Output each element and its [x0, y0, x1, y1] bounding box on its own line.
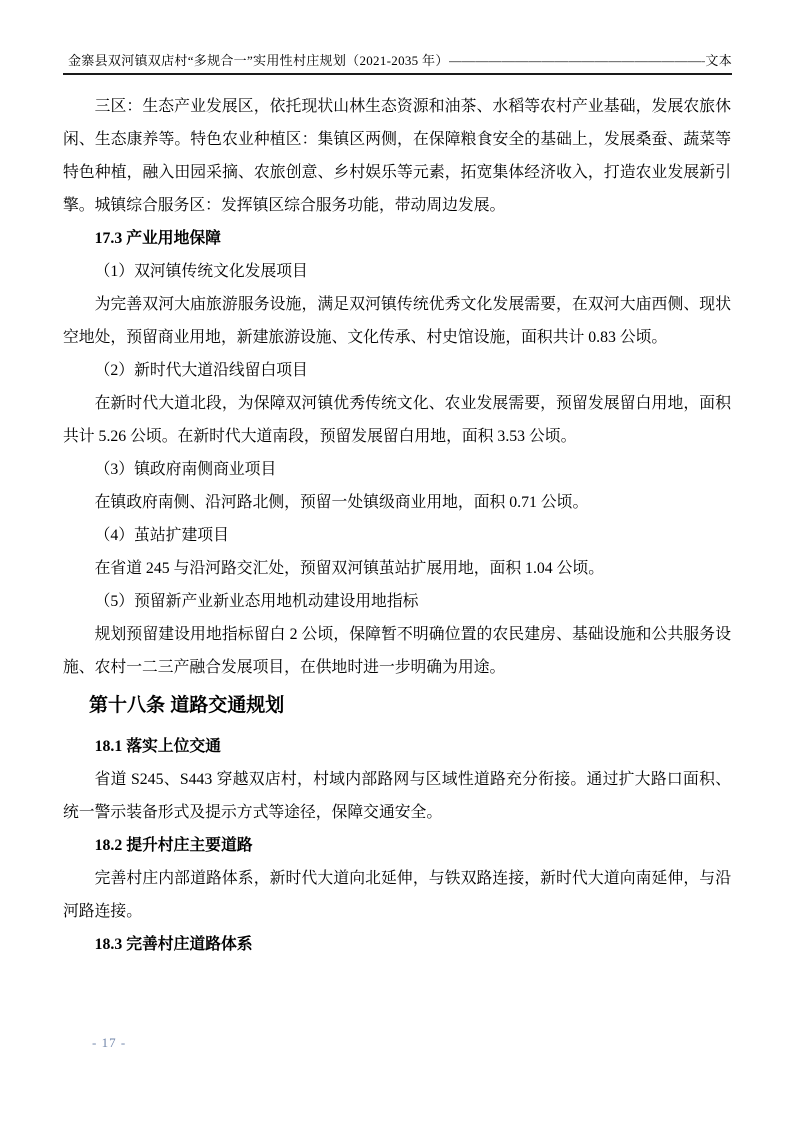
paragraph-18-1: 省道 S245、S443 穿越双店村，村域内部路网与区域性道路充分衔接。通过扩大…	[63, 763, 731, 829]
paragraph-three-districts: 三区：生态产业发展区，依托现状山林生态资源和油茶、水稻等农村产业基础，发展农旅休…	[63, 90, 731, 222]
page-header: 金寨县双河镇双店村“多规合一”实用性村庄规划（2021-2035 年） ————…	[63, 50, 732, 75]
paragraph-item-5: 规划预留建设用地指标留白 2 公顷，保障暂不明确位置的农民建房、基础设施和公共服…	[63, 618, 731, 684]
page-number: - 17 -	[92, 1035, 126, 1051]
chapter-heading-article-18: 第十八条 道路交通规划	[89, 688, 731, 724]
section-heading-17-3: 17.3 产业用地保障	[63, 222, 731, 255]
paragraph-18-2: 完善村庄内部道路体系，新时代大道向北延伸，与铁双路连接，新时代大道向南延伸，与沿…	[63, 862, 731, 928]
section-heading-18-1: 18.1 落实上位交通	[63, 730, 731, 763]
paragraph-item-4: 在省道 245 与沿河路交汇处，预留双河镇茧站扩展用地，面积 1.04 公顷。	[63, 552, 731, 585]
document-page: 金寨县双河镇双店村“多规合一”实用性村庄规划（2021-2035 年） ————…	[0, 0, 794, 1122]
paragraph-item-2: 在新时代大道北段，为保障双河镇优秀传统文化、农业发展需要，预留发展留白用地，面积…	[63, 387, 731, 453]
item-heading-5: （5）预留新产业新业态用地机动建设用地指标	[63, 585, 731, 618]
header-title: 金寨县双河镇双店村“多规合一”实用性村庄规划（2021-2035 年）	[68, 50, 449, 69]
paragraph-item-3: 在镇政府南侧、沿河路北侧，预留一处镇级商业用地，面积 0.71 公顷。	[63, 486, 731, 519]
item-heading-2: （2）新时代大道沿线留白项目	[63, 354, 731, 387]
document-body: 三区：生态产业发展区，依托现状山林生态资源和油茶、水稻等农村产业基础，发展农旅休…	[63, 90, 731, 961]
item-heading-3: （3）镇政府南侧商业项目	[63, 453, 731, 486]
paragraph-item-1: 为完善双河大庙旅游服务设施，满足双河镇传统优秀文化发展需要，在双河大庙西侧、现状…	[63, 288, 731, 354]
section-heading-18-2: 18.2 提升村庄主要道路	[63, 829, 731, 862]
section-heading-18-3: 18.3 完善村庄道路体系	[63, 928, 731, 961]
header-right-label: 文本	[705, 50, 732, 69]
item-heading-4: （4）茧站扩建项目	[63, 519, 731, 552]
header-dash-line: ———————————————————————	[449, 53, 706, 69]
item-heading-1: （1）双河镇传统文化发展项目	[63, 255, 731, 288]
